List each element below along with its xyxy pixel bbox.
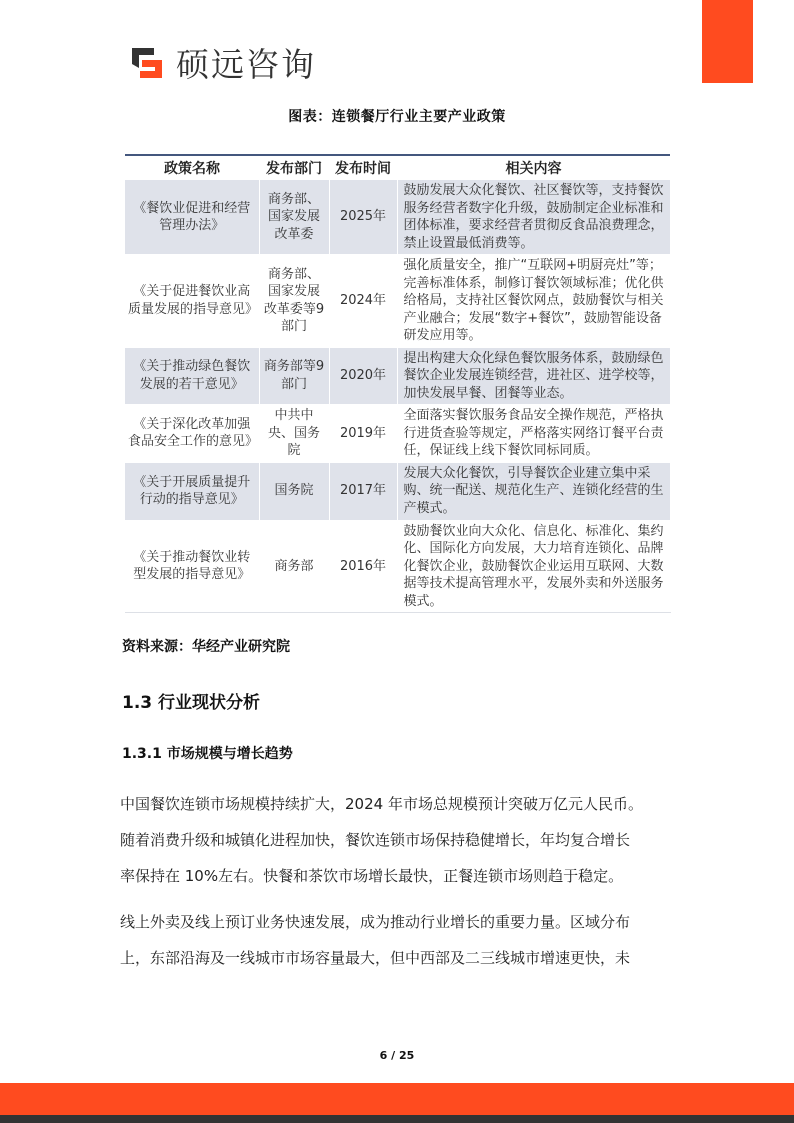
paragraph-line: 率保持在 10%左右。快餐和茶饮市场增长最快，正餐连锁市场则趋于稳定。 [120,858,680,894]
department-cell: 商务部等9部门 [259,347,329,405]
subsection-heading: 1.3.1 市场规模与增长趋势 [122,743,293,763]
year-cell: 2017年 [329,462,397,520]
column-header-date: 发布时间 [329,155,397,180]
paragraph-line: 线上外卖及线上预订业务快速发展，成为推动行业增长的重要力量。区域分布 [120,904,680,940]
table-row: 《餐饮业促进和经营管理办法》 商务部、国家发展改革委 2025年 鼓励发展大众化… [125,180,670,255]
paragraph-line: 中国餐饮连锁市场规模持续扩大，2024 年市场总规模预计突破万亿元人民币。 [120,786,680,822]
footer-accent-bar [0,1083,794,1115]
department-cell: 商务部、国家发展改革委等9部门 [259,255,329,348]
paragraph-line: 随着消费升级和城镇化进程加快，餐饮连锁市场保持稳健增长，年均复合增长 [120,822,680,858]
policy-name-cell: 《关于深化改革加强食品安全工作的意见》 [125,405,259,463]
interlocking-s-logo-icon [128,42,168,82]
table-row: 《关于推动绿色餐饮发展的若干意见》 商务部等9部门 2020年 提出构建大众化绿… [125,347,670,405]
footer-dark-bar [0,1115,794,1123]
content-cell: 强化质量安全，推广“互联网+明厨亮灶”等；完善标准体系，制修订餐饮领域标准；优化… [397,255,670,348]
policy-name-cell: 《关于推动餐饮业转型发展的指导意见》 [125,520,259,613]
column-header-policy-name: 政策名称 [125,155,259,180]
column-header-content: 相关内容 [397,155,670,180]
figure-source: 资料来源：华经产业研究院 [122,636,290,656]
column-header-department: 发布部门 [259,155,329,180]
table-row: 《关于推动餐饮业转型发展的指导意见》 商务部 2016年 鼓励餐饮业向大众化、信… [125,520,670,613]
table-row: 《关于开展质量提升行动的指导意见》 国务院 2017年 发展大众化餐饮，引导餐饮… [125,462,670,520]
policy-table: 政策名称 发布部门 发布时间 相关内容 《餐饮业促进和经营管理办法》 商务部、国… [125,154,671,613]
table-row: 《关于深化改革加强食品安全工作的意见》 中共中央、国务院 2019年 全面落实餐… [125,405,670,463]
year-cell: 2019年 [329,405,397,463]
policy-name-cell: 《关于促进餐饮业高质量发展的指导意见》 [125,255,259,348]
content-cell: 发展大众化餐饮，引导餐饮企业建立集中采购、统一配送、规范化生产、连锁化经营的生产… [397,462,670,520]
department-cell: 中共中央、国务院 [259,405,329,463]
page-number: 6 / 25 [0,1049,794,1062]
figure-title: 图表：连锁餐厅行业主要产业政策 [0,106,794,126]
brand-name: 硕远咨询 [176,39,316,86]
content-cell: 鼓励发展大众化餐饮、社区餐饮等，支持餐饮服务经营者数字化升级，鼓励制定企业标准和… [397,180,670,255]
department-cell: 商务部 [259,520,329,613]
year-cell: 2016年 [329,520,397,613]
year-cell: 2025年 [329,180,397,255]
corner-accent-tab [702,0,753,83]
table-header-row: 政策名称 发布部门 发布时间 相关内容 [125,155,670,180]
department-cell: 国务院 [259,462,329,520]
table-row: 《关于促进餐饮业高质量发展的指导意见》 商务部、国家发展改革委等9部门 2024… [125,255,670,348]
department-cell: 商务部、国家发展改革委 [259,180,329,255]
content-cell: 提出构建大众化绿色餐饮服务体系，鼓励绿色餐饮企业发展连锁经营，进社区、进学校等，… [397,347,670,405]
content-cell: 鼓励餐饮业向大众化、信息化、标准化、集约化、国际化方向发展，大力培育连锁化、品牌… [397,520,670,613]
year-cell: 2024年 [329,255,397,348]
paragraph-line: 上，东部沿海及一线城市市场容量最大，但中西部及二三线城市增速更快，未 [120,940,680,976]
section-heading: 1.3 行业现状分析 [122,688,260,713]
body-paragraph: 线上外卖及线上预订业务快速发展，成为推动行业增长的重要力量。区域分布 上，东部沿… [120,904,680,976]
body-paragraph: 中国餐饮连锁市场规模持续扩大，2024 年市场总规模预计突破万亿元人民币。 随着… [120,786,680,894]
year-cell: 2020年 [329,347,397,405]
policy-name-cell: 《关于开展质量提升行动的指导意见》 [125,462,259,520]
policy-name-cell: 《餐饮业促进和经营管理办法》 [125,180,259,255]
brand-logo: 硕远咨询 [128,42,316,82]
content-cell: 全面落实餐饮服务食品安全操作规范，严格执行进货查验等规定，严格落实网络订餐平台责… [397,405,670,463]
policy-name-cell: 《关于推动绿色餐饮发展的若干意见》 [125,347,259,405]
